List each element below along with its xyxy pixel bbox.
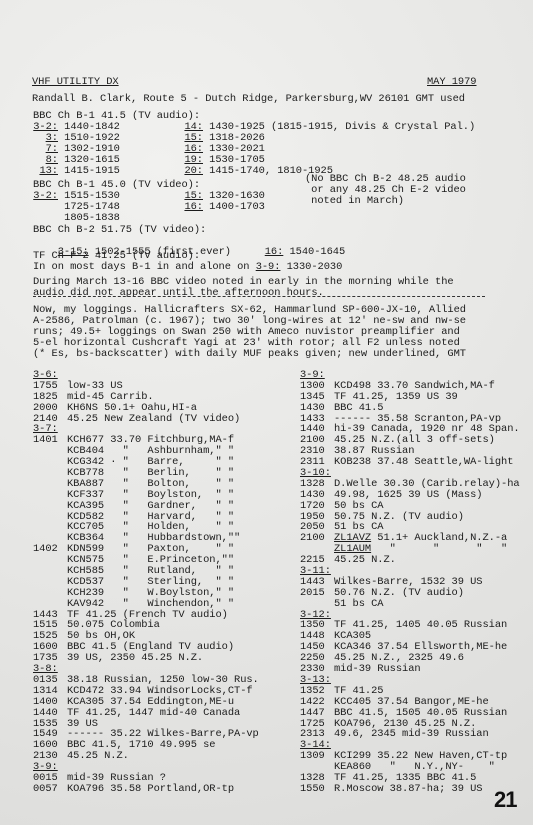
log-entry: 201550.76 N.Z. (TV audio) [300, 588, 520, 599]
schedule-row: 16: 1400-1703 [183, 202, 265, 213]
schedule-row: 1805-1838 [33, 213, 120, 224]
log-entry: 195050.75 N.Z. (TV audio) [300, 512, 520, 523]
log-text: KOA796 35.58 Portland,OR-tp [67, 783, 234, 795]
log-entry: 2311KOB238 37.48 Seattle,WA-light [300, 457, 520, 468]
log-text: 45.25 N.Z. [334, 554, 396, 566]
magazine-page: VHF UTILITY DX MAY 1979 Randall B. Clark… [0, 0, 533, 825]
bbc-b1-video-left: 3-2: 1515-1530 1725-1748 1805-1838 [33, 191, 120, 224]
log-entry: 231349.6, 2345 mid-39 Russian [300, 729, 520, 740]
log-column-left: 3-6:1755low-33 US1825mid-45 Carrib.2000K… [33, 370, 259, 795]
log-time: 1400 [33, 697, 67, 708]
log-text: 39 US, 2350 45.25 N.Z. [67, 652, 203, 664]
log-entry: 1550R.Moscow 38.87-ha; 39 US [300, 784, 520, 795]
log-text: 51 bs CA [334, 598, 383, 610]
log-entry: 143049.98, 1625 39 US (Mass) [300, 490, 520, 501]
log-entry: ZL1AUM " " " " [300, 544, 520, 555]
bbc-b2-video-title: BBC Ch B-2 51.75 (TV video): [33, 225, 206, 236]
log-entry: 0057KOA796 35.58 Portland,OR-tp [33, 784, 259, 795]
log-time: 1422 [300, 697, 334, 708]
bbc-b1-audio-left: 3-2: 1440-18423: 1510-19227: 1302-19108:… [33, 122, 120, 176]
log-entry: 213045.25 N.Z. [33, 751, 259, 762]
log-entry: 1345TF 41.25, 1359 US 39 [300, 392, 520, 403]
date-label: 13: [33, 166, 58, 177]
text: In on most days B-1 in and alone on [33, 261, 256, 273]
page-number: 21 [494, 787, 516, 813]
log-time: 0057 [33, 784, 67, 795]
log-text: 49.6, 2345 mid-39 Russian [334, 728, 489, 740]
log-text: 45.25 New Zealand (TV video) [67, 413, 240, 425]
log-entry: 221545.25 N.Z. [300, 555, 520, 566]
times: 1330-2030 [280, 261, 342, 273]
times: 1400-1703 [203, 201, 265, 213]
log-text: 45.25 N.Z. [67, 750, 129, 762]
times: 1805-1838 [58, 212, 120, 224]
log-time: 2000 [33, 403, 67, 414]
author-line: Randall B. Clark, Route 5 - Dutch Ridge,… [32, 94, 465, 105]
note-line: noted in March) [305, 196, 466, 207]
log-date-heading: 3-13: [300, 675, 520, 686]
loggings-intro: Now, my loggings. Hallicrafters SX-62, H… [33, 305, 466, 359]
log-time: 1447 [300, 708, 334, 719]
intro-line: (* Es, bs-backscatter) with daily MUF pe… [33, 349, 466, 360]
date-label: 3-9: [256, 261, 281, 273]
log-time: 1550 [300, 784, 334, 795]
log-time: 1401 [33, 435, 67, 446]
date-label: 20: [183, 166, 203, 177]
log-text: mid-39 Russian [334, 663, 421, 675]
log-entry: 51 bs CA [300, 599, 520, 610]
log-time: 2015 [300, 588, 334, 599]
log-time: 2100 [300, 533, 334, 544]
bbc-b1-audio-right: 14: 1430-1925 (1815-1915, Divis & Crysta… [183, 122, 475, 176]
log-text: KOB238 37.48 Seattle,WA-light [334, 456, 513, 468]
log-entry: 2330mid-39 Russian [300, 664, 520, 675]
bbc-b1-video-right: 15: 1320-163016: 1400-1703 [183, 191, 265, 213]
bbc-b1-video-note: (No BBC Ch B-2 48.25 audio or any 48.25 … [305, 174, 466, 207]
date-label: 3-2: [33, 191, 58, 202]
column-title: VHF UTILITY DX [32, 77, 119, 88]
log-entry: 1350TF 41.25, 1405 40.05 Russian [300, 620, 520, 631]
schedule-row: 13: 1415-1915 [33, 166, 120, 177]
times: 1540-1645 [290, 246, 346, 258]
log-entry: 214045.25 New Zealand (TV video) [33, 414, 259, 425]
note-line: audio did not appear until the afternoon… [33, 288, 454, 299]
log-column-right: 3-9:1300KCD498 33.70 Sandwich,MA-f1345TF… [300, 370, 520, 795]
tf-f2-audio-text: In on most days B-1 in and alone on 3-9:… [33, 262, 342, 273]
date-label: 16: [265, 246, 284, 258]
log-time: 1309 [300, 751, 334, 762]
section-divider [33, 296, 485, 297]
log-time: 1402 [33, 544, 67, 555]
log-time: 1440 [33, 708, 67, 719]
date-label: 19: [183, 155, 203, 166]
issue-date: MAY 1979 [427, 77, 476, 88]
intro-line: 5-el horizontal Cushcraft Yagi at 23' wi… [33, 338, 466, 349]
date-label: 16: [183, 202, 203, 213]
date-label: 8: [33, 155, 58, 166]
log-time: 1720 [300, 501, 334, 512]
times: 1415-1915 [58, 165, 120, 177]
log-time: 1430 [300, 403, 334, 414]
log-text: R.Moscow 38.87-ha; 39 US [334, 783, 482, 795]
log-entry: 173539 US, 2350 45.25 N.Z. [33, 653, 259, 664]
